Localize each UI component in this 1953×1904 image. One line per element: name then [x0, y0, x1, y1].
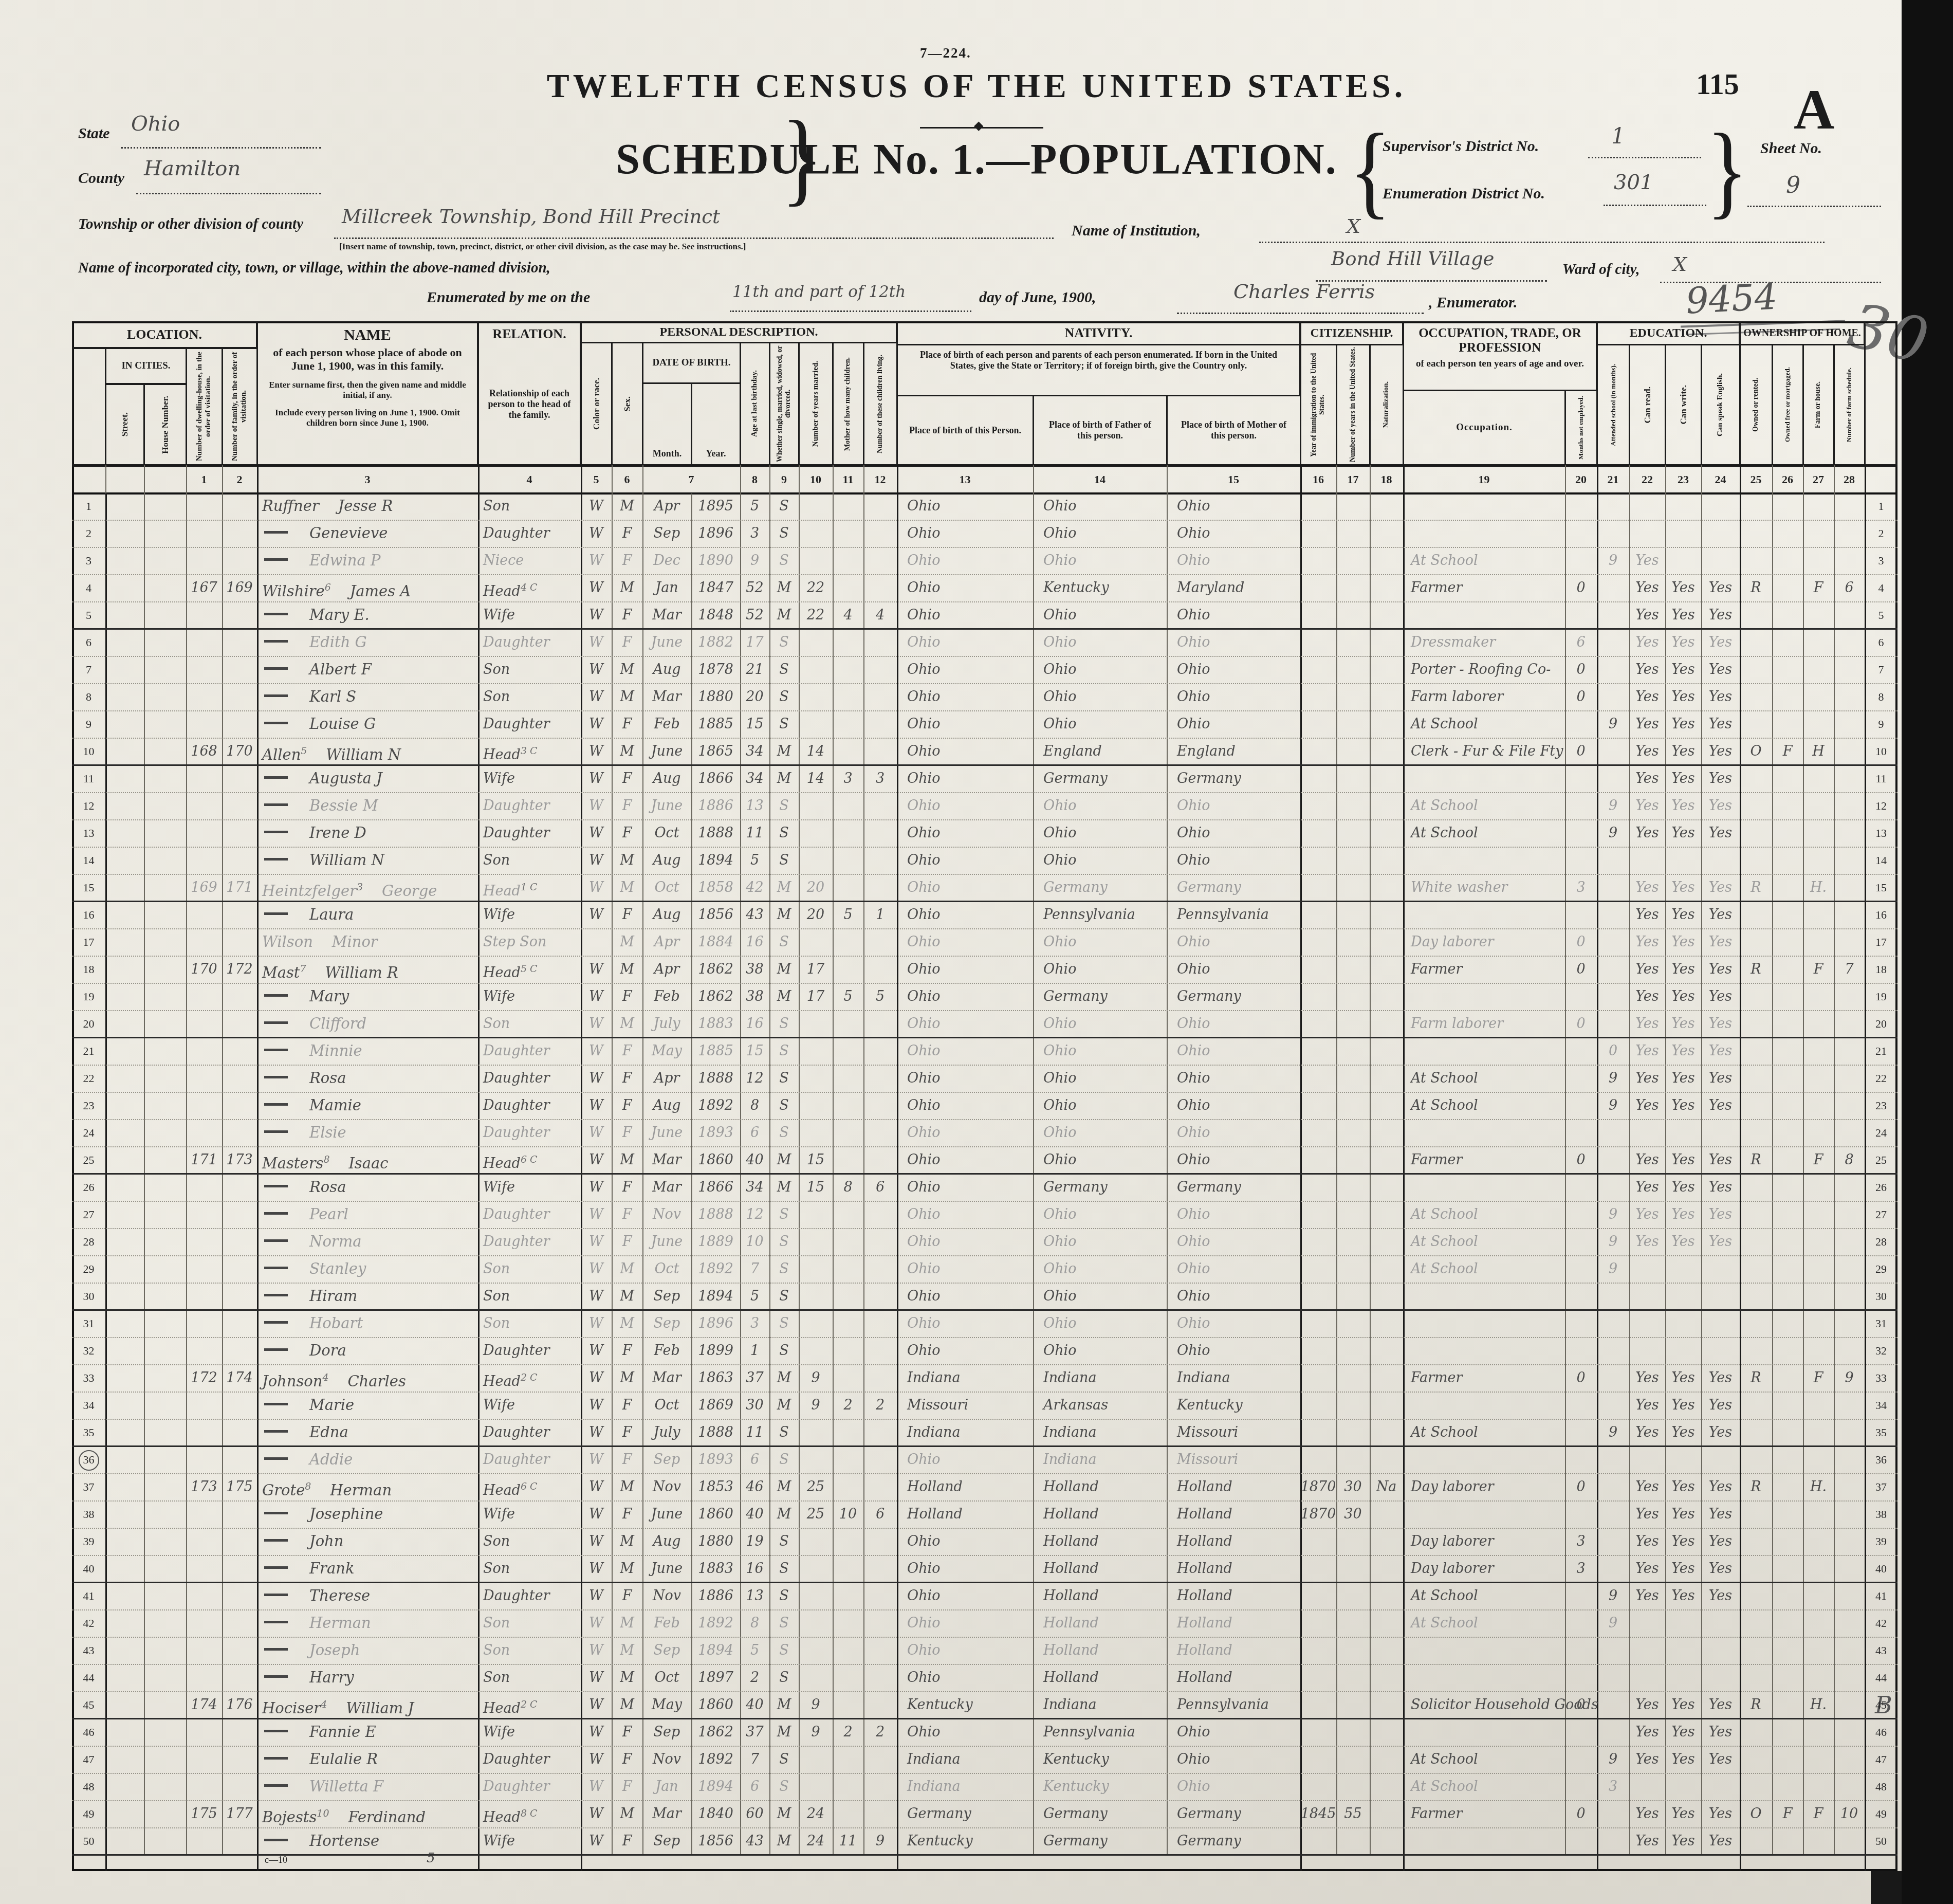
cell-race: W — [581, 1202, 612, 1229]
census-row: 3232DoraDaughterWFFeb18991SOhioOhioOhio — [72, 1338, 1897, 1365]
cell-pf: Ohio — [1043, 793, 1167, 820]
cell-en: Yes — [1701, 766, 1740, 793]
row-number-right: 40 — [1865, 1556, 1897, 1583]
township-line — [334, 237, 1054, 239]
cell-cl: 2 — [863, 1719, 897, 1747]
header-farm-house: Farm or house. — [1803, 344, 1834, 465]
cell-mu: 0 — [1565, 684, 1597, 711]
cell-en: Yes — [1701, 1365, 1740, 1393]
cell-race: W — [581, 1229, 612, 1256]
column-number: 26 — [1772, 468, 1803, 491]
cell-occ: At School — [1411, 1747, 1565, 1774]
cell-race: W — [581, 902, 612, 929]
cell-mc: 11 — [833, 1828, 863, 1856]
census-row: 3737Grote8 HermanHead6 C173175WMNov18534… — [72, 1474, 1897, 1502]
cell-pf: Indiana — [1043, 1447, 1167, 1474]
cell-pm: Ohio — [1177, 1229, 1300, 1256]
cell-pob: Ohio — [907, 657, 1033, 684]
cell-age: 5 — [740, 1638, 769, 1665]
cell-en: Yes — [1701, 1529, 1740, 1556]
cell-dw: 168 — [186, 739, 222, 766]
scan-edge-bottom — [1871, 1871, 1902, 1904]
row-number-right: 37 — [1865, 1474, 1897, 1502]
cell-fam: 171 — [222, 875, 257, 902]
cell-pf: Kentucky — [1043, 575, 1167, 602]
header-years-married: Number of years married. — [799, 342, 833, 465]
cell-yr: 1866 — [691, 766, 740, 793]
cell-yr: 1869 — [691, 1393, 740, 1420]
cell-sch: 9 — [1597, 1747, 1629, 1774]
census-row: 1717Wilson MinorStep SonMApr188416SOhioO… — [72, 929, 1897, 957]
cell-wr: Yes — [1665, 1502, 1701, 1529]
census-row: 3333Johnson4 CharlesHead2 C172174WMMar18… — [72, 1365, 1897, 1393]
cell-race: W — [581, 1311, 612, 1338]
cell-age: 37 — [740, 1719, 769, 1747]
cell-pm: Ohio — [1177, 1066, 1300, 1093]
cell-mar: S — [769, 1066, 799, 1093]
cell-age: 10 — [740, 1229, 769, 1256]
cell-pob: Ohio — [907, 1338, 1033, 1365]
relation-sub: Relationship of each person to the head … — [479, 342, 580, 420]
cell-relation: Son — [483, 1638, 581, 1665]
cell-fh: H — [1803, 739, 1834, 766]
cell-pob: Holland — [907, 1502, 1033, 1529]
cell-pob: Ohio — [907, 739, 1033, 766]
cell-wr: Yes — [1665, 1801, 1701, 1828]
column-number: 15 — [1167, 468, 1300, 491]
cell-relation: Daughter — [483, 793, 581, 820]
cell-relation: Son — [483, 1284, 581, 1311]
cell-age: 13 — [740, 793, 769, 820]
cell-ym: 22 — [799, 602, 833, 630]
cell-wr: Yes — [1665, 1420, 1701, 1447]
row-number-left: 22 — [72, 1066, 105, 1093]
cell-own: O — [1740, 1801, 1772, 1828]
cell-mar: M — [769, 1692, 799, 1719]
census-row: 22GenevieveDaughterWFSep18963SOhioOhioOh… — [72, 521, 1897, 548]
cell-age: 52 — [740, 602, 769, 630]
row-number-left: 24 — [72, 1120, 105, 1147]
cell-name: Hociser4 William J — [262, 1692, 478, 1719]
row-number-left: 18 — [72, 957, 105, 984]
state-county-brace: } — [781, 98, 823, 218]
cell-age: 2 — [740, 1665, 769, 1692]
cell-race: W — [581, 1583, 612, 1610]
cell-mar: S — [769, 630, 799, 657]
section-nativity: NATIVITY. — [897, 321, 1300, 345]
cell-pm: Holland — [1177, 1638, 1300, 1665]
city-label: Name of incorporated city, town, or vill… — [78, 260, 550, 277]
cell-name: Therese — [262, 1583, 478, 1610]
row-number-right: 20 — [1865, 1011, 1897, 1038]
cell-pm: Germany — [1177, 766, 1300, 793]
cell-pf: Ohio — [1043, 848, 1167, 875]
row-number-left: 15 — [72, 875, 105, 902]
cell-pf: Holland — [1043, 1556, 1167, 1583]
row-number-right: 27 — [1865, 1202, 1897, 1229]
cell-mu: 0 — [1565, 739, 1597, 766]
cell-mar: S — [769, 1256, 799, 1284]
cell-mar: S — [769, 1583, 799, 1610]
cell-pf: Holland — [1043, 1638, 1167, 1665]
cell-pob: Ohio — [907, 1093, 1033, 1120]
cell-occ: Day laborer — [1411, 929, 1565, 957]
cell-occ: Farmer — [1411, 1147, 1565, 1175]
cell-relation: Daughter — [483, 1229, 581, 1256]
cell-mo: Apr — [642, 929, 691, 957]
cell-pm: Ohio — [1177, 1147, 1300, 1175]
cell-en: Yes — [1701, 602, 1740, 630]
cell-pm: Ohio — [1177, 1311, 1300, 1338]
cell-occ: At School — [1411, 548, 1565, 575]
cell-race: W — [581, 711, 612, 739]
name-sub2: Enter surname first, then the given name… — [258, 373, 477, 400]
row-number-left: 8 — [72, 684, 105, 711]
cell-name: Wilshire6 James A — [262, 575, 478, 602]
row-number-right: 34 — [1865, 1393, 1897, 1420]
census-row: 1616LauraWifeWFAug185643M2051OhioPennsyl… — [72, 902, 1897, 929]
row-number-right: 5 — [1865, 602, 1897, 630]
cell-name: Wilson Minor — [262, 929, 478, 957]
cell-pf: Ohio — [1043, 957, 1167, 984]
cell-mar: M — [769, 902, 799, 929]
row-number-left: 21 — [72, 1038, 105, 1066]
cell-pm: Ohio — [1177, 1038, 1300, 1066]
sheet-line — [1747, 206, 1881, 207]
census-row: 4848Willetta FDaughterWFJan18946SIndiana… — [72, 1774, 1897, 1801]
cell-yr: 1899 — [691, 1338, 740, 1365]
cell-name: Edith G — [262, 630, 478, 657]
cell-pob: Missouri — [907, 1393, 1033, 1420]
cell-fh: H. — [1803, 875, 1834, 902]
cell-relation: Head8 C — [483, 1801, 581, 1828]
census-row: 55Mary E.WifeWFMar184852M2244OhioOhioOhi… — [72, 602, 1897, 630]
row-number-right: 8 — [1865, 684, 1897, 711]
ditto-dash — [264, 1839, 288, 1841]
cell-race: W — [581, 521, 612, 548]
column-number: 4 — [478, 468, 581, 491]
cell-race: W — [581, 848, 612, 875]
cell-en: Yes — [1701, 1011, 1740, 1038]
cell-pm: Ohio — [1177, 929, 1300, 957]
cell-wr: Yes — [1665, 1229, 1701, 1256]
cell-mar: S — [769, 1420, 799, 1447]
cell-name: Heintzfelger3 George — [262, 875, 478, 902]
cell-pm: Ohio — [1177, 521, 1300, 548]
cell-en: Yes — [1701, 1583, 1740, 1610]
enumerator-name: Charles Ferris — [1233, 280, 1375, 303]
cell-rd: Yes — [1629, 1066, 1665, 1093]
column-number: 14 — [1033, 468, 1167, 491]
cell-mo: June — [642, 1556, 691, 1583]
cell-sch: 9 — [1597, 820, 1629, 848]
nativity-note: Place of birth of each person and parent… — [897, 344, 1300, 396]
cell-pm: Holland — [1177, 1556, 1300, 1583]
row-number-right: 4 — [1865, 575, 1897, 602]
cell-fh: F — [1803, 1147, 1834, 1175]
cell-mar: M — [769, 575, 799, 602]
state-line — [121, 147, 321, 149]
enumeration-value: 301 — [1614, 171, 1653, 194]
row-number-left: 36 — [72, 1447, 105, 1474]
cell-mar: S — [769, 1610, 799, 1638]
cell-relation: Wife — [483, 766, 581, 793]
cell-sex: M — [612, 493, 642, 521]
census-row: 4444HarrySonWMOct18972SOhioHollandHollan… — [72, 1665, 1897, 1692]
cell-mar: S — [769, 1202, 799, 1229]
cell-mar: S — [769, 820, 799, 848]
ditto-dash — [264, 1212, 288, 1215]
ditto-dash — [264, 1294, 288, 1296]
cell-rd: Yes — [1629, 1393, 1665, 1420]
cell-own: R — [1740, 1474, 1772, 1502]
census-row: 3838JosephineWifeWFJune186040M25106Holla… — [72, 1502, 1897, 1529]
cell-pf: Ohio — [1043, 1038, 1167, 1066]
cell-mo: June — [642, 793, 691, 820]
cell-mar: M — [769, 739, 799, 766]
ditto-dash — [264, 803, 288, 806]
cell-occ: Clerk - Fur & File Fty — [1411, 739, 1565, 766]
cell-en: Yes — [1701, 657, 1740, 684]
cell-name: Stanley — [262, 1256, 478, 1284]
cell-mar: M — [769, 957, 799, 984]
cell-age: 6 — [740, 1447, 769, 1474]
row-number-left: 32 — [72, 1338, 105, 1365]
cell-en: Yes — [1701, 1719, 1740, 1747]
cell-occ: Farmer — [1411, 575, 1565, 602]
cell-sex: M — [612, 1529, 642, 1556]
row-number-left: 23 — [72, 1093, 105, 1120]
ditto-dash — [264, 694, 288, 697]
cell-name: Norma — [262, 1229, 478, 1256]
row-number-left: 25 — [72, 1147, 105, 1175]
cell-age: 46 — [740, 1474, 769, 1502]
cell-relation: Daughter — [483, 711, 581, 739]
row-number-right: 36 — [1865, 1447, 1897, 1474]
cell-race: W — [581, 1420, 612, 1447]
cell-mar: S — [769, 1447, 799, 1474]
cell-mo: Sep — [642, 521, 691, 548]
cell-rd: Yes — [1629, 1202, 1665, 1229]
column-number: 27 — [1803, 468, 1834, 491]
cell-age: 19 — [740, 1529, 769, 1556]
cell-mar: S — [769, 1011, 799, 1038]
cell-mar: M — [769, 1365, 799, 1393]
cell-fs: 7 — [1834, 957, 1865, 984]
cell-race: W — [581, 1147, 612, 1175]
cell-mo: Oct — [642, 820, 691, 848]
cell-rd: Yes — [1629, 1038, 1665, 1066]
cell-yr: 1888 — [691, 1066, 740, 1093]
cell-race: W — [581, 984, 612, 1011]
cell-race: W — [581, 1556, 612, 1583]
cell-age: 52 — [740, 575, 769, 602]
cell-mc: 5 — [833, 902, 863, 929]
row-number-left: 29 — [72, 1256, 105, 1284]
cell-name: Harry — [262, 1665, 478, 1692]
cell-sex: F — [612, 1066, 642, 1093]
cell-age: 40 — [740, 1692, 769, 1719]
cell-pm: Germany — [1177, 984, 1300, 1011]
ditto-dash — [264, 831, 288, 833]
row-number-left: 7 — [72, 657, 105, 684]
row-number-right: 26 — [1865, 1175, 1897, 1202]
cell-wr: Yes — [1665, 1147, 1701, 1175]
cell-age: 30 — [740, 1393, 769, 1420]
cell-pm: Ohio — [1177, 711, 1300, 739]
cell-mo: May — [642, 1038, 691, 1066]
cell-mo: Feb — [642, 1338, 691, 1365]
cell-pf: Ohio — [1043, 1229, 1167, 1256]
cell-sch: 9 — [1597, 711, 1629, 739]
cell-relation: Wife — [483, 602, 581, 630]
cell-relation: Daughter — [483, 1747, 581, 1774]
cell-relation: Daughter — [483, 1447, 581, 1474]
cell-pm: Indiana — [1177, 1365, 1300, 1393]
ditto-dash — [264, 1566, 288, 1569]
cell-relation: Daughter — [483, 1066, 581, 1093]
census-row: 2929StanleySonWMOct18927SOhioOhioOhioAt … — [72, 1256, 1897, 1284]
census-row: 3636AddieDaughterWFSep18936SOhioIndianaM… — [72, 1447, 1897, 1474]
ditto-dash — [264, 912, 288, 915]
cell-yr: 1894 — [691, 848, 740, 875]
cell-pf: Ohio — [1043, 1066, 1167, 1093]
cell-sex: M — [612, 1147, 642, 1175]
cell-occ: Farm laborer — [1411, 684, 1565, 711]
cell-pf: Ohio — [1043, 1093, 1167, 1120]
cell-sch: 9 — [1597, 1093, 1629, 1120]
cell-name: Rosa — [262, 1175, 478, 1202]
cell-mo: Oct — [642, 875, 691, 902]
census-row: 77Albert FSonWMAug187821SOhioOhioOhioPor… — [72, 657, 1897, 684]
cell-race: W — [581, 1120, 612, 1147]
cell-race: W — [581, 1774, 612, 1801]
cell-own: R — [1740, 1365, 1772, 1393]
row-number-right: 9 — [1865, 711, 1897, 739]
cell-pm: Ohio — [1177, 1774, 1300, 1801]
cell-race: W — [581, 1093, 612, 1120]
cell-pob: Ohio — [907, 1011, 1033, 1038]
column-number: 18 — [1370, 468, 1403, 491]
cell-pob: Ohio — [907, 548, 1033, 575]
cell-mar: M — [769, 1801, 799, 1828]
row-number-right: 13 — [1865, 820, 1897, 848]
cell-sex: M — [612, 1610, 642, 1638]
cell-dw: 167 — [186, 575, 222, 602]
cell-relation: Daughter — [483, 1038, 581, 1066]
cell-mar: M — [769, 1175, 799, 1202]
scan-edge-right — [1902, 0, 1953, 1904]
header-immigration-year: Year of immigration to the United States… — [1300, 344, 1337, 465]
cell-mo: Mar — [642, 1175, 691, 1202]
cell-wr: Yes — [1665, 1692, 1701, 1719]
cell-mc: 10 — [833, 1502, 863, 1529]
cell-relation: Head6 C — [483, 1474, 581, 1502]
cell-pm: Ohio — [1177, 820, 1300, 848]
sheet-label: Sheet No. — [1760, 140, 1822, 157]
cell-sex: M — [612, 1256, 642, 1284]
cell-mar: M — [769, 1474, 799, 1502]
cell-pob: Ohio — [907, 684, 1033, 711]
cell-wr: Yes — [1665, 1093, 1701, 1120]
cell-pob: Ohio — [907, 1665, 1033, 1692]
row-number-right: 11 — [1865, 766, 1897, 793]
ditto-dash — [264, 558, 288, 561]
cell-en: Yes — [1701, 1229, 1740, 1256]
cell-mo: June — [642, 1120, 691, 1147]
column-number: 25 — [1740, 468, 1772, 491]
cell-age: 16 — [740, 1556, 769, 1583]
cell-en: Yes — [1701, 1393, 1740, 1420]
cell-race: W — [581, 1502, 612, 1529]
ditto-dash — [264, 613, 288, 615]
cell-ym: 15 — [799, 1175, 833, 1202]
cell-cl: 5 — [863, 984, 897, 1011]
cell-age: 3 — [740, 1311, 769, 1338]
cell-wr: Yes — [1665, 630, 1701, 657]
row-number-right: 12 — [1865, 793, 1897, 820]
cell-age: 37 — [740, 1365, 769, 1393]
ditto-dash — [264, 1757, 288, 1760]
row-number-right: 49 — [1865, 1801, 1897, 1828]
cell-sex: F — [612, 1229, 642, 1256]
cell-pob: Ohio — [907, 984, 1033, 1011]
cell-sex: M — [612, 657, 642, 684]
census-row: 66Edith GDaughterWFJune188217SOhioOhioOh… — [72, 630, 1897, 657]
cell-pob: Germany — [907, 1801, 1033, 1828]
cell-name: Fannie E — [262, 1719, 478, 1747]
row-number-left: 6 — [72, 630, 105, 657]
cell-race: W — [581, 1447, 612, 1474]
row-number-right: 30 — [1865, 1284, 1897, 1311]
cell-rd: Yes — [1629, 766, 1665, 793]
row-number-right: 32 — [1865, 1338, 1897, 1365]
cell-rd: Yes — [1629, 548, 1665, 575]
census-row: 3434MarieWifeWFOct186930M922MissouriArka… — [72, 1393, 1897, 1420]
cell-wr: Yes — [1665, 684, 1701, 711]
column-number: 13 — [897, 468, 1033, 491]
ditto-dash — [264, 722, 288, 724]
enumerator-suffix: , Enumerator. — [1429, 294, 1518, 312]
cell-own: R — [1740, 1692, 1772, 1719]
cell-en: Yes — [1701, 575, 1740, 602]
cell-mar: S — [769, 493, 799, 521]
cell-rd: Yes — [1629, 575, 1665, 602]
cell-name: Mamie — [262, 1093, 478, 1120]
cell-pob: Indiana — [907, 1365, 1033, 1393]
ditto-dash — [264, 1730, 288, 1732]
cell-cl: 1 — [863, 902, 897, 929]
census-row: 4646Fannie EWifeWFSep186237M922OhioPenns… — [72, 1719, 1897, 1747]
cell-occ: Farmer — [1411, 1365, 1565, 1393]
cell-sex: F — [612, 1583, 642, 1610]
cell-mo: Aug — [642, 766, 691, 793]
cell-age: 40 — [740, 1502, 769, 1529]
cell-cl: 6 — [863, 1175, 897, 1202]
header-occupation: Occupation. — [1403, 390, 1565, 465]
enumerated-date-line — [730, 310, 971, 312]
cell-age: 12 — [740, 1066, 769, 1093]
cell-name: Hobart — [262, 1311, 478, 1338]
cell-yr: 1878 — [691, 657, 740, 684]
cell-fam: 169 — [222, 575, 257, 602]
title-ornament-diamond: ◆ — [974, 118, 983, 133]
column-number: 5 — [581, 468, 612, 491]
cell-race: W — [581, 1256, 612, 1284]
enumerator-line — [1177, 313, 1424, 314]
cell-relation: Head2 C — [483, 1365, 581, 1393]
cell-mo: Sep — [642, 1638, 691, 1665]
